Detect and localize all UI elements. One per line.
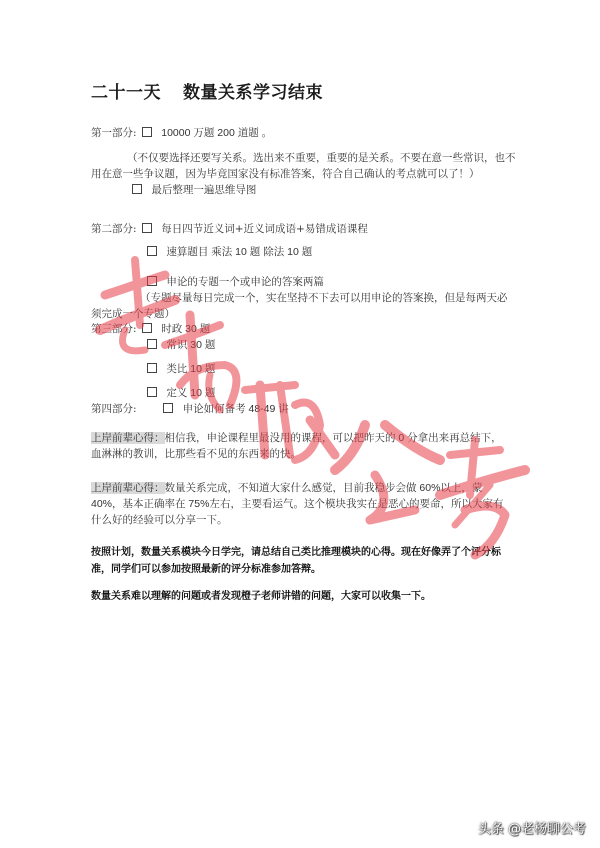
part3-label: 第三部分: — [91, 323, 137, 335]
checkbox[interactable] — [147, 339, 157, 349]
part3-item-1-line: 常识 30 题 — [145, 338, 215, 352]
checkbox[interactable] — [142, 223, 152, 233]
checkbox[interactable] — [147, 363, 157, 373]
tip-label: 上岸前辈心得： — [91, 432, 165, 444]
part3-item-1: 常识 30 题 — [166, 339, 215, 351]
part2-item-1: 速算题目 乘法 10 题 除法 10 题 — [166, 246, 312, 258]
part2-item-0: 每日四节近义词+近义词成语+易错成语课程 — [161, 223, 368, 235]
part2-item-1-line: 速算题目 乘法 10 题 除法 10 题 — [145, 245, 312, 259]
collect-note: 数量关系难以理解的问题或者发现橙子老师讲错的问题，大家可以收集一下。 — [91, 588, 511, 605]
footer-credit: 头条 @老杨聊公考 — [478, 818, 586, 837]
part4-item: 申论如何备考 48-49 讲 — [183, 403, 289, 415]
title-day: 二十一天 — [91, 83, 161, 103]
part3-item-2-line: 类比 10 题 — [145, 362, 215, 376]
part3-item-3: 定义 10 题 — [166, 387, 215, 399]
part3-item-0: 时政 30 题 — [161, 323, 210, 335]
part2-note-line1: （专题尽量每日完成一个，实在坚持不下去可以用申论的答案换，但是每两天必 — [140, 291, 508, 305]
checkbox[interactable] — [147, 246, 157, 256]
part2-label: 第二部分: — [91, 223, 137, 235]
checkbox[interactable] — [142, 323, 152, 333]
checkbox[interactable] — [147, 387, 157, 397]
part3-item-3-line: 定义 10 题 — [145, 386, 215, 400]
title-topic: 数量关系学习结束 — [183, 83, 323, 103]
part4-label: 第四部分: — [91, 403, 137, 415]
checkbox[interactable] — [132, 184, 142, 194]
part2-item-2-line: 申论的专题一个或申论的答案两篇 — [145, 275, 324, 289]
checkbox[interactable] — [147, 276, 157, 286]
part1-item2: 最后整理一遍思维导图 — [151, 184, 256, 196]
part1-item: 10000 万题 200 道题 。 — [161, 127, 272, 139]
part2-line: 第二部分: 每日四节近义词+近义词成语+易错成语课程 — [91, 222, 368, 236]
part4-line: 第四部分: 申论如何备考 48-49 讲 — [91, 402, 289, 416]
tip-paragraph-0: 上岸前辈心得：相信我，申论课程里最没用的课程，可以把昨天的 0 分拿出来再总结下… — [91, 430, 511, 462]
page-title: 二十一天数量关系学习结束 — [91, 78, 323, 103]
plan-note: 按照计划，数量关系模块今日学完，请总结自己类比推理模块的心得。现在好像弄了个评分… — [91, 544, 511, 578]
document-page: 二十一天数量关系学习结束 第一部分: 10000 万题 200 道题 。 （不仅… — [0, 0, 600, 848]
part2-item-2: 申论的专题一个或申论的答案两篇 — [166, 276, 324, 288]
part1-note-line1: （不仅要选择还要写关系。选出来不重要，重要的是关系。不要在意一些常识，也不 — [127, 151, 516, 165]
part3-line: 第三部分: 时政 30 题 — [91, 322, 210, 336]
tip-paragraph-1: 上岸前辈心得：数量关系完成，不知道大家什么感觉，目前我稳步会做 60%以上，蒙 … — [91, 480, 511, 528]
checkbox[interactable] — [163, 403, 173, 413]
part1-label: 第一部分: — [91, 127, 137, 139]
part1-item2-line: 最后整理一遍思维导图 — [130, 183, 256, 197]
tip-label: 上岸前辈心得： — [91, 482, 165, 494]
part1-line: 第一部分: 10000 万题 200 道题 。 — [91, 126, 272, 140]
checkbox[interactable] — [142, 127, 152, 137]
part2-note-line2: 须完成一个专题） — [91, 307, 175, 321]
part3-item-2: 类比 10 题 — [166, 363, 215, 375]
part1-note-line2: 用在意一些争议题，因为毕竟国家没有标准答案，符合自己确认的考点就可以了！） — [91, 167, 480, 181]
